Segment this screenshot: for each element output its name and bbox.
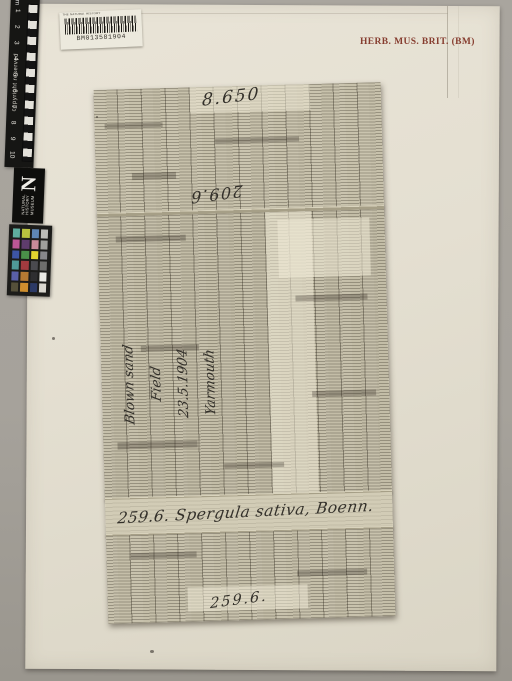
scale-unit-label: cm xyxy=(13,0,20,5)
herbarium-stamp: HERB. MUS. BRIT. (BM) xyxy=(360,37,475,47)
packet-bottom-flap xyxy=(106,528,395,624)
color-patch xyxy=(12,250,20,259)
color-patch xyxy=(11,272,19,281)
nhm-logo-text: NATURAL HISTORY MUSEUM xyxy=(21,194,35,215)
handwritten-determination: 259.6. Spergula sativa, Boenn. xyxy=(116,497,374,528)
newsprint-texture xyxy=(277,217,371,278)
newspaper-specimen-packet: 8.650 209.6 Blown sand Field 23.5.1904 Y… xyxy=(94,82,396,624)
color-patch xyxy=(39,273,47,282)
color-patch xyxy=(40,240,48,249)
color-calibration-card xyxy=(7,224,52,296)
color-patch xyxy=(12,261,20,270)
handwritten-inverted-number: 209.6 xyxy=(190,181,243,207)
nhm-logo-letter: N xyxy=(18,176,40,192)
color-patch xyxy=(21,272,29,281)
color-patch xyxy=(13,228,21,237)
nhm-logo: NATURAL HISTORY MUSEUM N xyxy=(12,167,45,223)
color-patch xyxy=(41,229,49,238)
packet-top-flap: 8.650 209.6 xyxy=(94,82,384,214)
barcode-label-header: THE NATURAL HISTORY MUSEUM LONDON xyxy=(62,12,100,16)
debris-speck xyxy=(96,116,98,118)
color-patch xyxy=(11,283,19,292)
debris-speck xyxy=(52,337,55,340)
color-patch-grid xyxy=(7,224,52,296)
note-line: Yarmouth xyxy=(195,295,227,470)
barcode-label: THE NATURAL HISTORY MUSEUM LONDON BM0135… xyxy=(59,9,143,50)
newsprint-texture xyxy=(116,235,186,243)
nhm-logo-inner: NATURAL HISTORY MUSEUM N xyxy=(12,167,45,223)
color-patch xyxy=(21,261,29,270)
newsprint-texture xyxy=(215,136,299,143)
newsprint-texture xyxy=(297,569,367,577)
color-patch xyxy=(31,240,39,249)
newsprint-texture xyxy=(312,389,376,397)
barcode-icon xyxy=(64,15,137,34)
color-patch xyxy=(30,262,38,271)
newsprint-texture xyxy=(105,122,163,129)
color-patch xyxy=(20,283,28,292)
color-patch xyxy=(22,229,30,238)
color-patch xyxy=(30,272,38,281)
debris-speck xyxy=(150,650,154,653)
handwritten-collection-note: Blown sand Field 23.5.1904 Yarmouth xyxy=(114,297,234,470)
ruler-number: 1 xyxy=(14,7,21,15)
color-patch xyxy=(39,284,47,293)
color-patch xyxy=(22,240,30,249)
color-patch xyxy=(31,229,39,238)
nhm-logo-line: MUSEUM xyxy=(30,194,35,215)
color-patch xyxy=(29,283,37,292)
newsprint-texture xyxy=(132,172,176,180)
herbarium-photo: THE NATURAL HISTORY MUSEUM LONDON BM0135… xyxy=(0,0,512,681)
underlying-sheet-edge xyxy=(447,6,459,98)
color-patch xyxy=(31,251,39,260)
newsprint-texture xyxy=(131,551,197,559)
color-patch xyxy=(40,251,48,260)
color-patch xyxy=(12,239,20,248)
newsprint-texture xyxy=(295,294,367,302)
color-patch xyxy=(39,262,47,271)
color-patch xyxy=(21,250,29,259)
ruler-number: 10 xyxy=(8,151,15,159)
